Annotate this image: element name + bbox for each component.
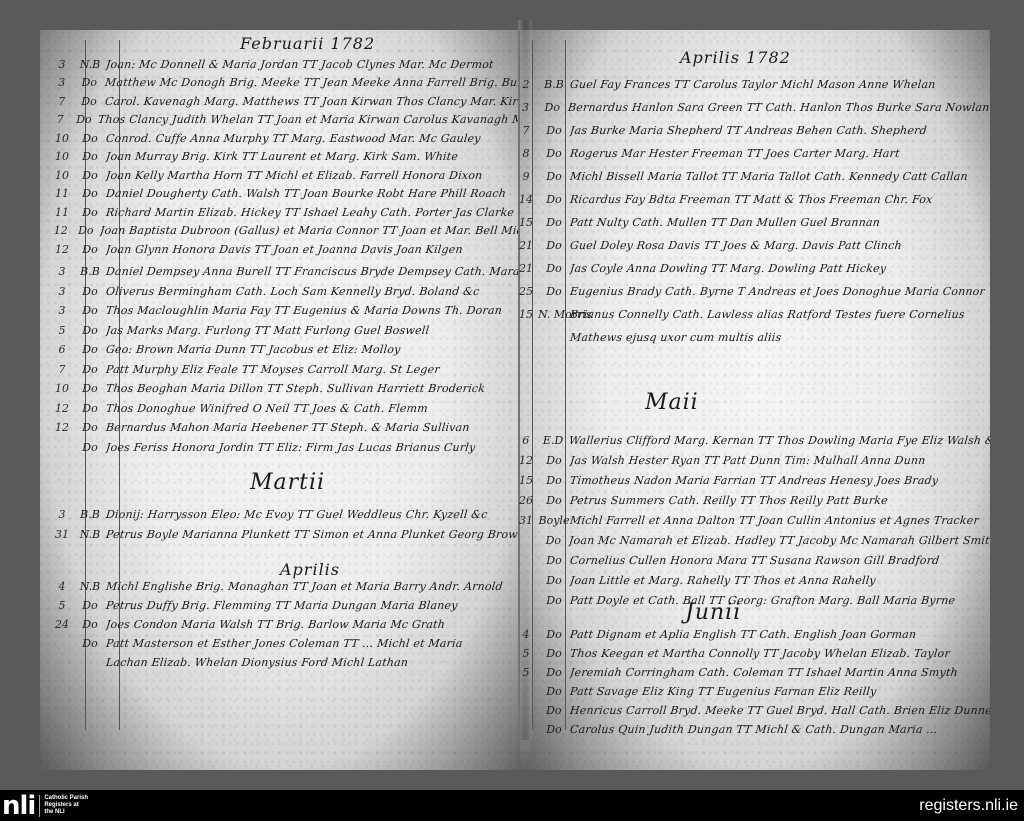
entry-text: Jas Burke Maria Shepherd TT Andreas Behe… [569, 124, 927, 137]
register-entry-row: 15N. MorrisBrianus Connelly Cath. Lawles… [514, 304, 990, 324]
logo-caption: Catholic Parish Registers at the NLI [44, 795, 92, 816]
entry-day: 3 [50, 285, 74, 298]
entry-text: Ricardus Fay Bdta Freeman TT Matt & Thos… [569, 193, 933, 206]
entry-text: Joan Mc Namarah et Elizab. Hadley TT Jac… [568, 534, 990, 547]
entry-day: 15 [514, 308, 538, 321]
register-entry-row: 14DoRicardus Fay Bdta Freeman TT Matt & … [514, 189, 990, 209]
entry-mark: Do [538, 454, 570, 467]
entry-mark: Do [70, 113, 97, 126]
entry-mark: Do [538, 239, 570, 252]
entry-mark: Do [74, 132, 106, 145]
entry-mark: Do [538, 474, 570, 487]
register-entry-row: DoPatt Masterson et Esther Jones Coleman… [50, 633, 530, 653]
entry-text: Henricus Carroll Bryd. Meeke TT Guel Bry… [569, 704, 991, 717]
entry-text: Michl Farrell et Anna Dalton TT Joan Cul… [569, 514, 979, 527]
entry-mark: Do [538, 685, 570, 698]
register-entry-row: 7DoPatt Murphy Eliz Feale TT Moyses Carr… [50, 359, 530, 379]
entry-day: 10 [50, 132, 74, 145]
entry-text: Richard Martin Elizab. Hickey TT Ishael … [105, 206, 515, 219]
entry-day: 15 [514, 216, 538, 229]
entry-text: Jas Marks Marg. Furlong TT Matt Furlong … [105, 324, 430, 337]
entry-mark: N.B [74, 58, 106, 71]
entry-day: 3 [50, 508, 74, 521]
entry-day: 6 [514, 434, 537, 447]
entry-day: 4 [50, 580, 74, 593]
entry-day: 12 [50, 224, 72, 237]
entry-mark: Do [538, 216, 570, 229]
register-entry-row: 5DoJas Marks Marg. Furlong TT Matt Furlo… [50, 320, 530, 340]
register-entry-row: 3DoThos Macloughlin Maria Fay TT Eugeniu… [50, 301, 530, 321]
entry-day: 4 [514, 628, 538, 641]
register-entry-row: 5DoJeremiah Corringham Cath. Coleman TT … [514, 662, 990, 682]
page-month-header: Aprilis 1782 [680, 48, 791, 67]
entry-mark: Do [538, 704, 570, 717]
entry-mark: Do [74, 169, 106, 182]
entry-text: Matthew Mc Donogh Brig. Meeke TT Jean Me… [104, 76, 530, 89]
register-entry-row: 12DoJas Walsh Hester Ryan TT Patt Dunn T… [514, 450, 990, 470]
entry-mark: Do [538, 534, 569, 547]
entry-mark: E.D [537, 434, 568, 447]
register-entry-row: 8DoRogerus Mar Hester Freeman TT Joes Ca… [514, 143, 990, 163]
entry-text: Michl Englishe Brig. Monaghan TT Joan et… [105, 580, 503, 593]
entry-day: 8 [514, 147, 538, 160]
entry-mark: Do [538, 594, 570, 607]
entry-day: 31 [514, 514, 538, 527]
entry-day: 12 [514, 454, 538, 467]
register-entry-row: 3DoMatthew Mc Donogh Brig. Meeke TT Jean… [50, 73, 530, 93]
register-entry-row: DoHenricus Carroll Bryd. Meeke TT Guel B… [514, 700, 990, 720]
logo-caption-line: Registers at [44, 802, 78, 808]
entry-text: Rogerus Mar Hester Freeman TT Joes Carte… [569, 147, 900, 160]
entry-mark: Do [538, 170, 570, 183]
entry-text: Joan Glynn Honora Davis TT Joan et Joann… [105, 243, 463, 256]
entry-day: 25 [514, 285, 538, 298]
entry-text: Eugenius Brady Cath. Byrne T Andreas et … [569, 285, 985, 298]
register-entry-row: 5DoThos Keegan et Martha Connolly TT Jac… [514, 643, 990, 663]
entry-mark: N.B [74, 580, 106, 593]
entry-text: Thos Donoghue Winifred O Neil TT Joes & … [105, 402, 428, 415]
entry-text: Dionij: Harrysson Eleo: Mc Evoy TT Guel … [105, 508, 488, 521]
register-entry-row: DoPatt Savage Eliz King TT Eugenius Farn… [514, 681, 990, 701]
entry-text: Cornelius Cullen Honora Mara TT Susana R… [569, 554, 940, 567]
register-entry-row: 11DoRichard Martin Elizab. Hickey TT Ish… [50, 202, 530, 222]
entry-mark: Do [74, 76, 105, 89]
entry-mark: Do [74, 324, 106, 337]
entry-mark: Do [538, 647, 570, 660]
entry-day: 5 [50, 599, 74, 612]
entry-day: 21 [514, 239, 538, 252]
entry-mark: Do [538, 193, 570, 206]
entry-day: 11 [50, 206, 74, 219]
entry-mark: Do [74, 343, 106, 356]
entry-day: 5 [50, 324, 74, 337]
entry-day: 31 [50, 528, 74, 541]
entry-text: Joan Murray Brig. Kirk TT Laurent et Mar… [105, 150, 458, 163]
entry-text: Geo: Brown Maria Dunn TT Jacobus et Eliz… [105, 343, 401, 356]
logo-divider [39, 795, 40, 817]
entry-mark: Do [538, 628, 570, 641]
register-entry-row: 12DoJoan Glynn Honora Davis TT Joan et J… [50, 239, 530, 259]
entry-text: Carol. Kavenagh Marg. Matthews TT Joan K… [104, 95, 531, 108]
entry-text: Thos Macloughlin Maria Fay TT Eugenius &… [105, 304, 502, 317]
entry-mark: Do [537, 101, 568, 114]
entry-day: 3 [50, 58, 74, 71]
entry-mark: Do [538, 554, 570, 567]
entry-text: Guel Fay Frances TT Carolus Taylor Michl… [569, 78, 936, 91]
register-entry-row: 7DoCarol. Kavenagh Marg. Matthews TT Joa… [50, 91, 530, 111]
entry-day: 12 [50, 421, 74, 434]
entry-text: Bernardus Hanlon Sara Green TT Cath. Han… [567, 101, 991, 114]
entry-text: Jas Walsh Hester Ryan TT Patt Dunn Tim: … [569, 454, 926, 467]
entry-day: 3 [50, 76, 74, 89]
entry-mark: Do [538, 124, 570, 137]
entry-text: Mathews ejusq uxor cum multis aliis [569, 331, 782, 344]
entry-day: 3 [50, 304, 74, 317]
entry-day: 7 [50, 363, 74, 376]
register-entry-row: Lachan Elizab. Whelan Dionysius Ford Mic… [50, 652, 530, 672]
register-entry-row: 10DoConrod. Cuffe Anna Murphy TT Marg. E… [50, 128, 530, 148]
register-entry-row: 9DoMichl Bissell Maria Tallot TT Maria T… [514, 166, 990, 186]
register-entry-row: 15DoTimotheus Nadon Maria Farrian TT And… [514, 470, 990, 490]
entry-day: 5 [514, 647, 538, 660]
entry-mark: N.B [74, 528, 106, 541]
register-entry-row: 7DoThos Clancy Judith Whelan TT Joan et … [50, 110, 530, 130]
register-entry-row: 4N.BMichl Englishe Brig. Monaghan TT Joa… [50, 576, 530, 596]
register-entry-row: 15DoPatt Nulty Cath. Mullen TT Dan Mulle… [514, 212, 990, 232]
entry-day: 12 [50, 243, 74, 256]
entry-mark: Do [538, 574, 570, 587]
entry-mark: Do [74, 285, 106, 298]
entry-text: Jeremiah Corringham Cath. Coleman TT Ish… [569, 666, 958, 679]
nli-logo[interactable]: nli Catholic Parish Registers at the NLI [0, 790, 92, 821]
entry-day: 3 [514, 101, 537, 114]
entry-text: Patt Nulty Cath. Mullen TT Dan Mullen Gu… [569, 216, 880, 229]
register-entry-row: 10DoJoan Murray Brig. Kirk TT Laurent et… [50, 147, 530, 167]
entry-day: 2 [514, 78, 538, 91]
nli-logo-mark: nli [2, 793, 35, 819]
register-entry-row: 21DoJas Coyle Anna Dowling TT Marg. Dowl… [514, 258, 990, 278]
entry-mark: Do [73, 95, 104, 108]
entry-text: Michl Bissell Maria Tallot TT Maria Tall… [569, 170, 968, 183]
entry-mark: Do [74, 206, 106, 219]
register-entry-row: DoCarolus Quin Judith Dungan TT Michl & … [514, 719, 990, 739]
entry-mark: Do [72, 224, 101, 237]
register-entry-row: 3N.BJoan: Mc Donnell & Maria Jordan TT J… [50, 54, 530, 74]
register-entry-row: 21DoGuel Doley Rosa Davis TT Joes & Marg… [514, 235, 990, 255]
entry-mark: Do [538, 285, 570, 298]
entry-mark: Do [74, 402, 106, 415]
entry-text: Thos Keegan et Martha Connolly TT Jacoby… [569, 647, 950, 660]
register-entry-row: DoJoes Feriss Honora Jordin TT Eliz: Fir… [50, 437, 530, 457]
entry-mark: Do [538, 666, 570, 679]
register-entry-row: 26DoPetrus Summers Cath. Reilly TT Thos … [514, 490, 990, 510]
entry-day: 5 [514, 666, 538, 679]
entry-text: Lachan Elizab. Whelan Dionysius Ford Mic… [105, 656, 409, 669]
entry-mark: Do [74, 441, 106, 454]
entry-mark: Do [538, 723, 570, 736]
entry-text: Wallerius Clifford Marg. Kernan TT Thos … [568, 434, 991, 447]
entry-mark: N. Morris [538, 308, 570, 321]
entry-text: Joes Feriss Honora Jordin TT Eliz: Firm … [105, 441, 476, 454]
register-entry-row: 3DoBernardus Hanlon Sara Green TT Cath. … [514, 97, 990, 117]
entry-day: 14 [514, 193, 538, 206]
register-entry-row: 11DoDaniel Dougherty Cath. Walsh TT Joan… [50, 184, 530, 204]
entry-day: 7 [514, 124, 538, 137]
month-heading: Martii [250, 470, 325, 495]
month-heading: Junii [685, 600, 741, 625]
left-register-page: Februarii 1782 3N.BJoan: Mc Donnell & Ma… [40, 30, 530, 770]
entry-mark: Do [74, 363, 106, 376]
entry-day: 26 [514, 494, 538, 507]
register-entry-row: DoJoan Little et Marg. Rahelly TT Thos e… [514, 570, 990, 590]
register-entry-row: DoJoan Mc Namarah et Elizab. Hadley TT J… [514, 530, 990, 550]
entry-mark: Do [74, 304, 106, 317]
entry-text: Petrus Summers Cath. Reilly TT Thos Reil… [569, 494, 888, 507]
entry-text: Patt Savage Eliz King TT Eugenius Farnan… [569, 685, 877, 698]
entry-text: Petrus Duffy Brig. Flemming TT Maria Dun… [105, 599, 458, 612]
entry-text: Petrus Boyle Marianna Plunkett TT Simon … [105, 528, 526, 541]
register-entry-row: 10DoJoan Kelly Martha Horn TT Michl et E… [50, 165, 530, 185]
register-entry-row: 25DoEugenius Brady Cath. Byrne T Andreas… [514, 281, 990, 301]
register-entry-row: 12DoBernardus Mahon Maria Heebener TT St… [50, 418, 530, 438]
register-entry-row: DoCornelius Cullen Honora Mara TT Susana… [514, 550, 990, 570]
entry-text: Timotheus Nadon Maria Farrian TT Andreas… [569, 474, 939, 487]
entry-day: 24 [50, 618, 74, 631]
register-entry-row: Mathews ejusq uxor cum multis aliis [514, 327, 990, 347]
entry-day: 10 [50, 382, 74, 395]
entry-day: 21 [514, 262, 538, 275]
entry-day: 10 [50, 150, 74, 163]
page-month-header: Februarii 1782 [240, 34, 375, 53]
register-entry-row: 6DoGeo: Brown Maria Dunn TT Jacobus et E… [50, 340, 530, 360]
entry-text: Daniel Dougherty Cath. Walsh TT Joan Bou… [105, 187, 506, 200]
register-entry-row: 7DoJas Burke Maria Shepherd TT Andreas B… [514, 120, 990, 140]
entry-text: Daniel Dempsey Anna Burell TT Franciscus… [105, 265, 520, 278]
register-entry-row: 4DoPatt Dignam et Aplia English TT Cath.… [514, 624, 990, 644]
entry-day: 3 [50, 265, 74, 278]
entry-text: Patt Doyle et Cath. Ball TT Georg: Graft… [569, 594, 956, 607]
entry-text: Patt Masterson et Esther Jones Coleman T… [105, 637, 463, 650]
entry-mark: B.B [538, 78, 570, 91]
entry-day: 7 [50, 113, 70, 126]
entry-mark: Do [74, 599, 106, 612]
register-entry-row: 3B.BDaniel Dempsey Anna Burell TT Franci… [50, 262, 530, 282]
entry-mark: Do [74, 243, 106, 256]
entry-text: Brianus Connelly Cath. Lawless alias Rat… [569, 308, 965, 321]
entry-text: Patt Dignam et Aplia English TT Cath. En… [569, 628, 917, 641]
entry-text: Joes Condon Maria Walsh TT Brig. Barlow … [105, 618, 445, 631]
entry-text: Bernardus Mahon Maria Heebener TT Steph.… [105, 421, 470, 434]
right-register-page: Aprilis 1782 2B.BGuel Fay Frances TT Car… [520, 30, 990, 770]
entry-day: 12 [50, 402, 74, 415]
entry-day: 10 [50, 169, 74, 182]
entry-mark: B.B [74, 265, 106, 278]
entry-mark: Do [74, 187, 106, 200]
entry-mark: Do [74, 382, 106, 395]
register-entry-row: 12DoThos Donoghue Winifred O Neil TT Joe… [50, 398, 530, 418]
logo-caption-line: the NLI [44, 809, 64, 815]
footer-bar: nli Catholic Parish Registers at the NLI… [0, 790, 1024, 821]
entry-mark: Do [74, 637, 106, 650]
entry-text: Patt Murphy Eliz Feale TT Moyses Carroll… [105, 363, 440, 376]
entry-text: Joan Baptista Dubroon (Gallus) et Maria … [99, 224, 530, 237]
entry-mark: Do [538, 147, 570, 160]
register-entry-row: 5DoPetrus Duffy Brig. Flemming TT Maria … [50, 595, 530, 615]
entry-text: Thos Clancy Judith Whelan TT Joan et Mar… [97, 113, 531, 126]
register-entry-row: 6E.DWallerius Clifford Marg. Kernan TT T… [514, 430, 990, 450]
entry-text: Conrod. Cuffe Anna Murphy TT Marg. Eastw… [105, 132, 481, 145]
logo-caption-line: Catholic Parish [44, 795, 88, 801]
entry-mark: B.B [74, 508, 106, 521]
entry-text: Oliverus Bermingham Cath. Loch Sam Kenne… [105, 285, 480, 298]
register-entry-row: 3B.BDionij: Harrysson Eleo: Mc Evoy TT G… [50, 504, 530, 524]
register-entry-row: 10DoThos Beoghan Maria Dillon TT Steph. … [50, 379, 530, 399]
entry-mark: Do [74, 618, 106, 631]
entry-text: Jas Coyle Anna Dowling TT Marg. Dowling … [569, 262, 887, 275]
entry-day: 7 [50, 95, 73, 108]
register-entry-row: DoPatt Doyle et Cath. Ball TT Georg: Gra… [514, 590, 990, 610]
register-entry-row: 2B.BGuel Fay Frances TT Carolus Taylor M… [514, 74, 990, 94]
entry-day: 9 [514, 170, 538, 183]
entry-day: 15 [514, 474, 538, 487]
site-url-link[interactable]: registers.nli.ie [919, 797, 1024, 815]
entry-day: 11 [50, 187, 74, 200]
register-entry-row: 3DoOliverus Bermingham Cath. Loch Sam Ke… [50, 281, 530, 301]
entry-mark: Do [74, 150, 106, 163]
entry-text: Joan Little et Marg. Rahelly TT Thos et … [569, 574, 876, 587]
entry-text: Carolus Quin Judith Dungan TT Michl & Ca… [569, 723, 938, 736]
register-entry-row: 12DoJoan Baptista Dubroon (Gallus) et Ma… [50, 221, 530, 241]
register-image-viewer[interactable]: Februarii 1782 3N.BJoan: Mc Donnell & Ma… [0, 0, 1024, 790]
entry-mark: Do [74, 421, 106, 434]
register-entry-row: 24DoJoes Condon Maria Walsh TT Brig. Bar… [50, 614, 530, 634]
entry-text: Joan: Mc Donnell & Maria Jordan TT Jacob… [105, 58, 494, 71]
entry-text: Guel Doley Rosa Davis TT Joes & Marg. Da… [569, 239, 902, 252]
month-heading: Maii [645, 390, 699, 415]
register-entry-row: 31N.BPetrus Boyle Marianna Plunkett TT S… [50, 524, 530, 544]
entry-text: Joan Kelly Martha Horn TT Michl et Eliza… [105, 169, 483, 182]
entry-mark: Do [538, 494, 570, 507]
entry-day: 6 [50, 343, 74, 356]
entry-mark: Do [538, 262, 570, 275]
register-entry-row: 31BoyleMichl Farrell et Anna Dalton TT J… [514, 510, 990, 530]
entry-text: Thos Beoghan Maria Dillon TT Steph. Sull… [105, 382, 486, 395]
entry-mark: Boyle [538, 514, 570, 527]
